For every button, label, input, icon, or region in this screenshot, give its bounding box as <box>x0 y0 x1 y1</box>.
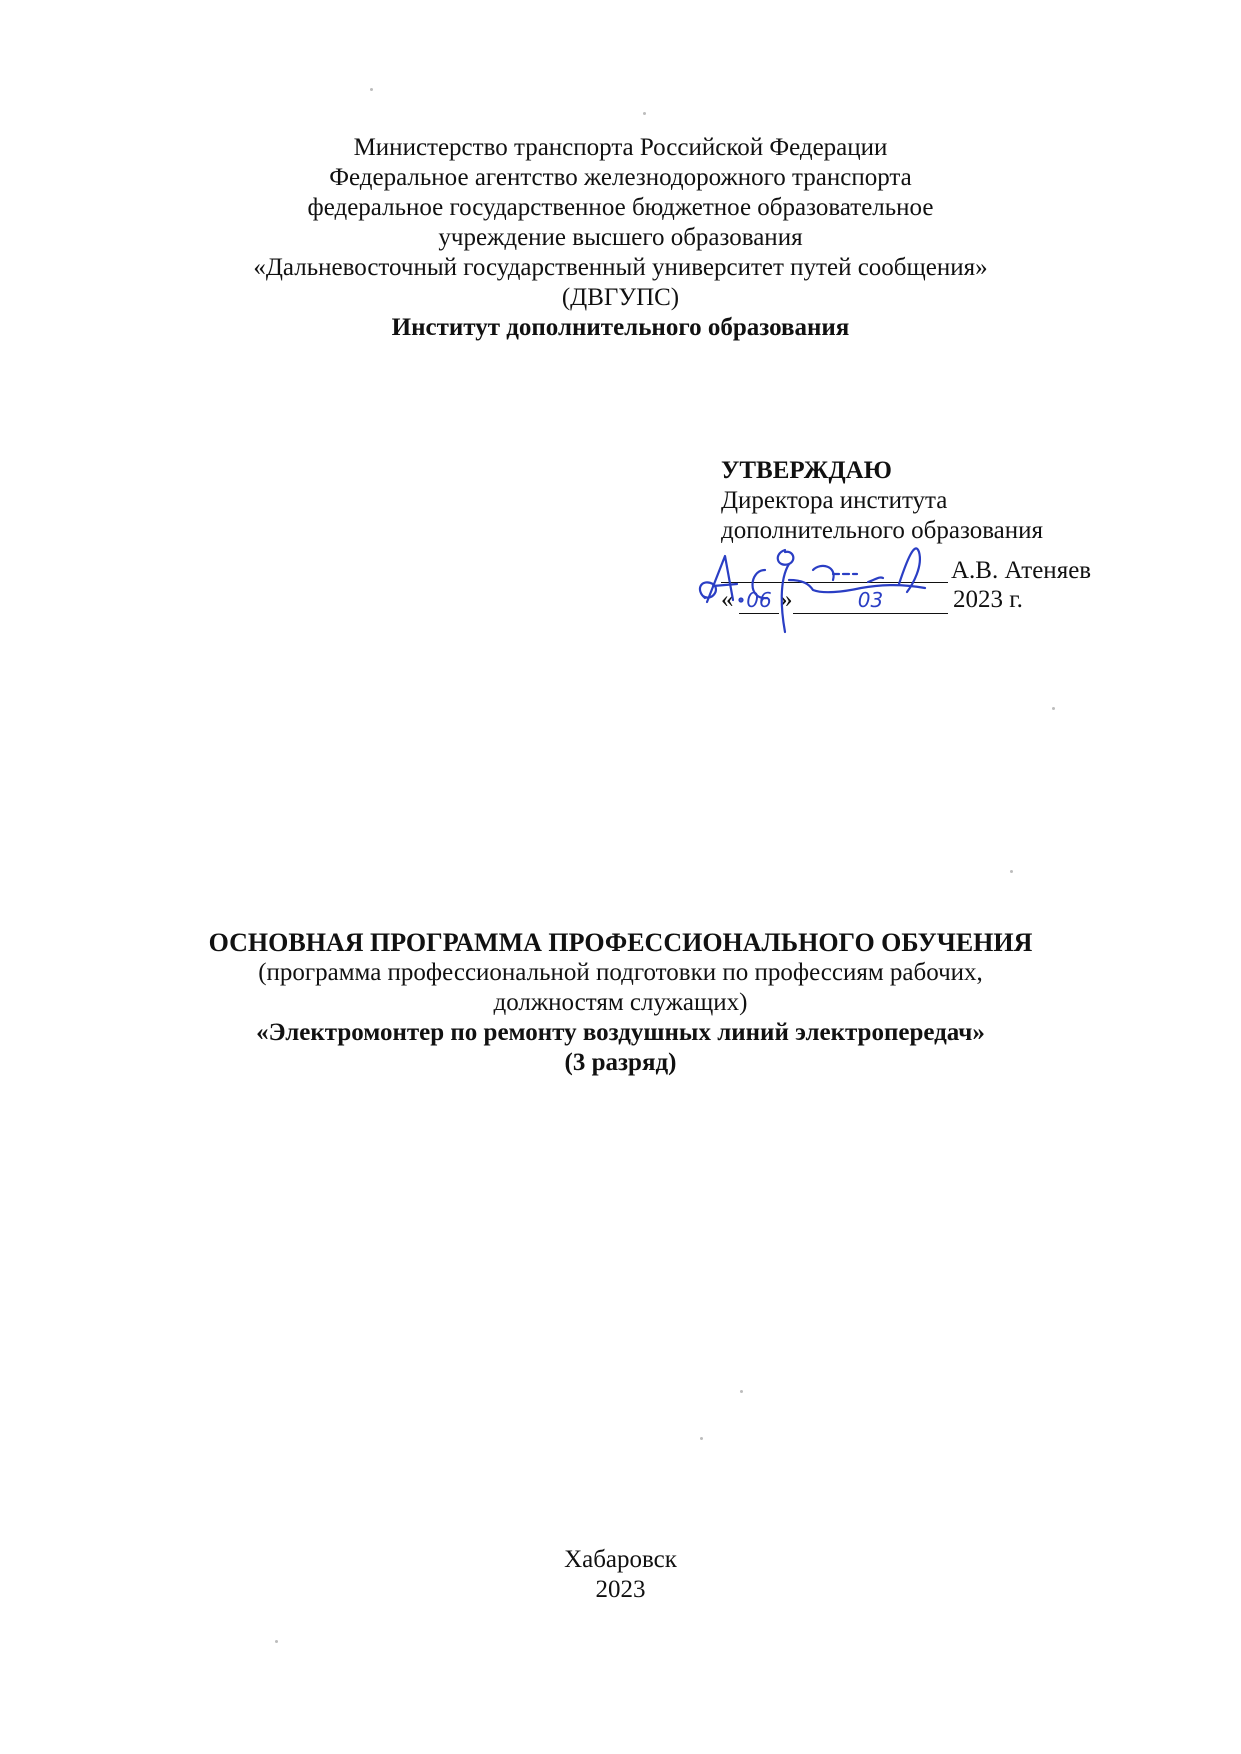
institution-type-line: федеральное государственное бюджетное об… <box>0 193 1241 223</box>
institution-level-line: учреждение высшего образования <box>0 223 1241 253</box>
signatory-name: А.В. Атеняев <box>951 556 1091 586</box>
signature-line: А.В. Атеняев <box>721 552 1141 585</box>
signature-underline <box>721 582 948 583</box>
profession-name: «Электромонтер по ремонту воздушных лини… <box>0 1018 1241 1048</box>
document-footer: Хабаровск 2023 <box>0 1545 1241 1605</box>
date-open-quote: « <box>721 585 734 615</box>
organization-header: Министерство транспорта Российской Федер… <box>0 133 1241 343</box>
scan-speck <box>1010 870 1013 873</box>
program-subtitle-line1: (программа профессиональной подготовки п… <box>0 958 1241 988</box>
profession-grade: (3 разряд) <box>0 1048 1241 1078</box>
agency-line: Федеральное агентство железнодорожного т… <box>0 163 1241 193</box>
approval-date: « 06 » 03 2023 г. <box>721 585 1141 617</box>
city: Хабаровск <box>0 1545 1241 1575</box>
approval-title: УТВЕРЖДАЮ <box>721 456 1141 486</box>
university-name-line: «Дальневосточный государственный универс… <box>0 253 1241 283</box>
scan-speck <box>370 88 373 91</box>
approver-position-line1: Директора института <box>721 486 1141 516</box>
program-subtitle-line2: должностям служащих) <box>0 988 1241 1018</box>
scan-speck <box>643 112 646 115</box>
year: 2023 <box>0 1575 1241 1605</box>
program-title-block: ОСНОВНАЯ ПРОГРАММА ПРОФЕССИОНАЛЬНОГО ОБУ… <box>0 928 1241 1078</box>
ministry-line: Министерство транспорта Российской Федер… <box>0 133 1241 163</box>
date-month-field: 03 <box>793 585 948 614</box>
university-abbr-line: (ДВГУПС) <box>0 283 1241 313</box>
approval-block: УТВЕРЖДАЮ Директора института дополнител… <box>721 456 1141 617</box>
scan-speck <box>700 1437 703 1440</box>
program-title: ОСНОВНАЯ ПРОГРАММА ПРОФЕССИОНАЛЬНОГО ОБУ… <box>0 928 1241 958</box>
scan-speck <box>275 1640 278 1643</box>
scan-speck <box>740 1390 743 1393</box>
date-day-field: 06 <box>739 585 779 614</box>
scan-speck <box>1052 707 1055 710</box>
date-year: 2023 г. <box>953 585 1023 615</box>
date-close-quote: » <box>780 585 793 615</box>
institute-name: Институт дополнительного образования <box>0 313 1241 343</box>
approver-position-line2: дополнительного образования <box>721 516 1141 546</box>
